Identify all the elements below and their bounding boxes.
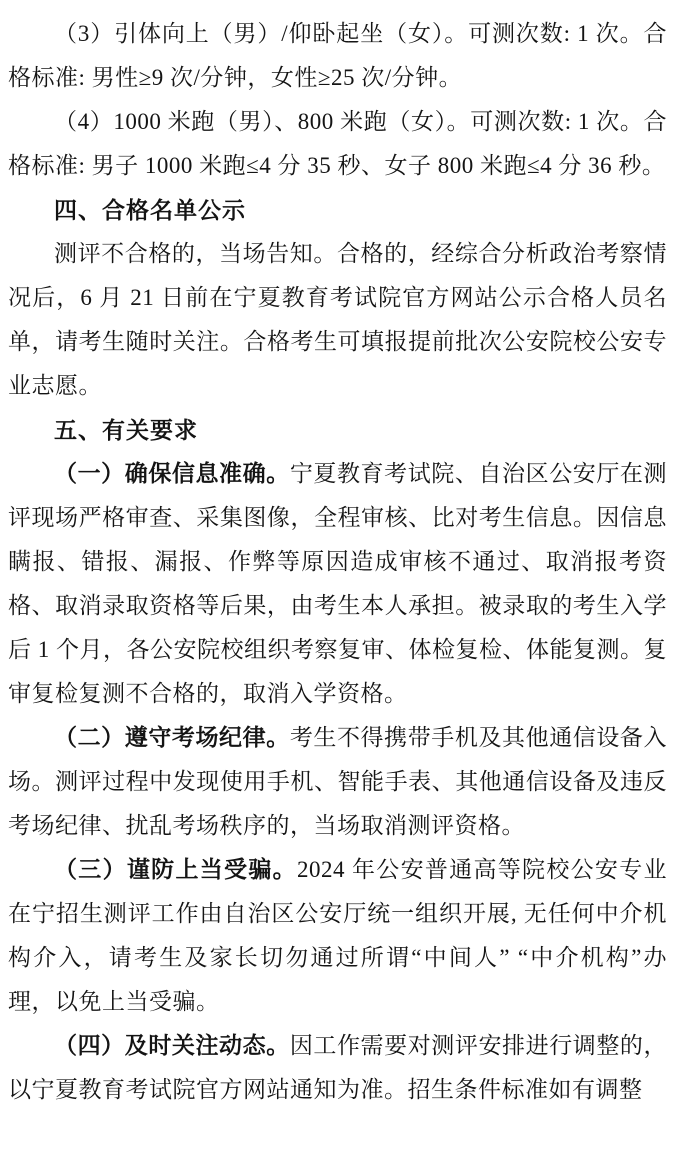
paragraph-qualified-list-publicity: 测评不合格的，当场告知。合格的，经综合分析政治考察情况后，6 月 21 日前在宁… <box>8 232 667 408</box>
paragraph-item4-running: （4）1000 米跑（男）、800 米跑（女）。可测次数: 1 次。合格标准: … <box>8 100 667 188</box>
paragraph-lead: （四）及时关注动态。 <box>54 1033 290 1058</box>
paragraph-lead: （二）遵守考场纪律。 <box>54 725 290 750</box>
paragraph-requirement-1-accurate-info: （一）确保信息准确。宁夏教育考试院、自治区公安厅在测评现场严格审查、采集图像，全… <box>8 452 667 716</box>
paragraph-text: （3）引体向上（男）/仰卧起坐（女）。可测次数: 1 次。合格标准: 男性≥9 … <box>8 21 667 90</box>
paragraph-requirement-4-follow-updates: （四）及时关注动态。因工作需要对测评安排进行调整的，以宁夏教育考试院官方网站通知… <box>8 1024 667 1112</box>
document-page: （3）引体向上（男）/仰卧起坐（女）。可测次数: 1 次。合格标准: 男性≥9 … <box>0 0 675 1161</box>
section-heading-4-qualified-list: 四、合格名单公示 <box>8 188 667 232</box>
paragraph-text: 测评不合格的，当场告知。合格的，经综合分析政治考察情况后，6 月 21 日前在宁… <box>8 241 667 398</box>
paragraph-lead: （一）确保信息准确。 <box>54 461 290 486</box>
paragraph-requirement-3-beware-fraud: （三）谨防上当受骗。2024 年公安普通高等院校公安专业在宁招生测评工作由自治区… <box>8 848 667 1024</box>
paragraph-text: 宁夏教育考试院、自治区公安厅在测评现场严格审查、采集图像，全程审核、比对考生信息… <box>8 461 667 706</box>
paragraph-requirement-2-exam-discipline: （二）遵守考场纪律。考生不得携带手机及其他通信设备入场。测评过程中发现使用手机、… <box>8 716 667 848</box>
paragraph-item3-pullups: （3）引体向上（男）/仰卧起坐（女）。可测次数: 1 次。合格标准: 男性≥9 … <box>8 12 667 100</box>
paragraph-text: （4）1000 米跑（男）、800 米跑（女）。可测次数: 1 次。合格标准: … <box>8 109 667 178</box>
section-heading-5-requirements: 五、有关要求 <box>8 408 667 452</box>
paragraph-lead: （三）谨防上当受骗。 <box>54 857 297 882</box>
